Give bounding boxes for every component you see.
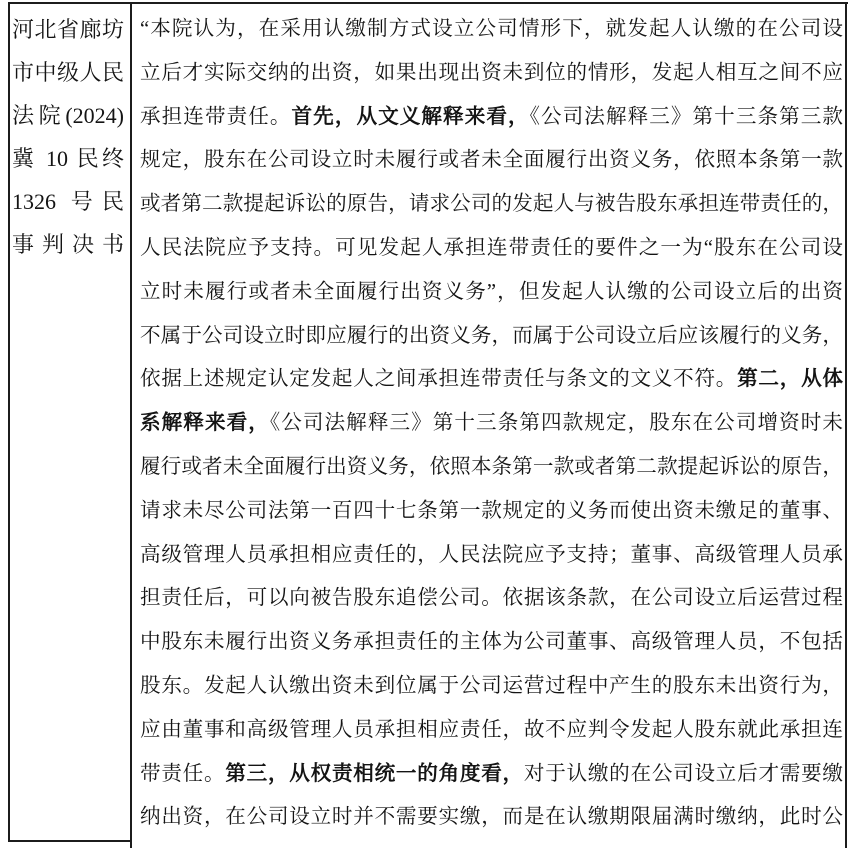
text-segment: 立后才实际交纳的出资，如果出现出资未到位的情形，发起人相互之间不应 xyxy=(140,62,843,84)
text-segment: 高级管理人员承担相应责任的，人民法院应予支持；董事、高级管理人员承 xyxy=(140,544,843,566)
judgment-text-line: 规定，股东在公司设立时未履行或者未全面履行出资义务，依照本条第一款 xyxy=(140,139,843,183)
text-segment: 承担连带责任。 xyxy=(140,106,292,128)
text-segment: 股东。发起人认缴出资未到位属于公司运营过程中产生的股东未出资行为， xyxy=(140,675,843,697)
text-segment: 应由董事和高级管理人员承担相应责任，故不应判令发起人股东就此承担连 xyxy=(140,719,843,741)
case-reference-line: 1326 号民 xyxy=(12,180,124,223)
case-reference-line: 市中级人民 xyxy=(12,51,124,94)
judgment-text-line: 或者第二款提起诉讼的原告，请求公司的发起人与被告股东承担连带责任的， xyxy=(140,183,843,227)
judgment-text-line: 依据上述规定认定发起人之间承担连带责任与条文的文义不符。第二，从体 xyxy=(140,358,843,402)
text-segment: “本院认为，在采用认缴制方式设立公司情形下，就发起人认缴的在公司设 xyxy=(140,18,843,40)
text-segment: 规定，股东在公司设立时未履行或者未全面履行出资义务，依照本条第一款 xyxy=(140,149,843,171)
case-reference-line: 河北省廊坊 xyxy=(12,8,124,51)
text-segment: 立时未履行或者未全面履行出资义务”，但发起人认缴的公司设立后的出资 xyxy=(140,281,843,303)
bold-text-segment: 第三，从权责相统一的角度看， xyxy=(225,763,524,785)
judgment-text-line: 承担连带责任。首先，从文义解释来看，《公司法解释三》第十三条第三款 xyxy=(140,96,843,140)
table-border-left xyxy=(8,2,10,842)
text-segment: 《公司法解释三》第十三条第四款规定，股东在公司增资时未 xyxy=(270,412,843,434)
case-reference-line: 冀 10 民终 xyxy=(12,137,124,180)
left-cell-bottom-border xyxy=(8,840,132,842)
judgment-text-line: 不属于公司设立时即应履行的出资义务，而属于公司设立后应该履行的义务， xyxy=(140,315,843,359)
judgment-text-line: 纳出资，在公司设立时并不需要实缴，而是在认缴期限届满时缴纳，此时公 xyxy=(140,796,843,840)
judgment-text-line: 人民法院应予支持。可见发起人承担连带责任的要件之一为“股东在公司设 xyxy=(140,227,843,271)
table-column-divider xyxy=(130,2,132,848)
text-segment: 中股东未履行出资义务承担责任的主体为公司董事、高级管理人员，不包括 xyxy=(140,631,843,653)
court-case-reference-cell: 河北省廊坊市中级人民法院(2024)冀 10 民终1326 号民事判决书 xyxy=(12,8,124,266)
judgment-text-line: 履行或者未全面履行出资义务，依照本条第一款或者第二款提起诉讼的原告， xyxy=(140,446,843,490)
text-segment: 依据上述规定认定发起人之间承担连带责任与条文的文义不符。 xyxy=(140,368,737,390)
case-reference-line: 法院(2024) xyxy=(12,94,124,137)
text-segment: 履行或者未全面履行出资义务，依照本条第一款或者第二款提起诉讼的原告， xyxy=(140,456,843,478)
bold-text-segment: 系解释来看， xyxy=(140,412,270,434)
text-segment: 人民法院应予支持。可见发起人承担连带责任的要件之一为“股东在公司设 xyxy=(140,237,843,259)
table-border-right xyxy=(845,2,847,848)
bold-text-segment: 首先，从文义解释来看， xyxy=(292,106,530,128)
text-segment: 不属于公司设立时即应履行的出资义务，而属于公司设立后应该履行的义务， xyxy=(140,325,843,347)
judgment-text-line: 立时未履行或者未全面履行出资义务”，但发起人认缴的公司设立后的出资 xyxy=(140,271,843,315)
text-segment: 对于认缴的在公司设立后才需要缴 xyxy=(524,763,843,785)
judgment-text-line: 带责任。第三，从权责相统一的角度看，对于认缴的在公司设立后才需要缴 xyxy=(140,753,843,797)
judgment-reasoning-cell: “本院认为，在采用认缴制方式设立公司情形下，就发起人认缴的在公司设立后才实际交纳… xyxy=(140,8,843,840)
text-segment: 请求未尽公司法第一百四十七条第一款规定的义务而使出资未缴足的董事、 xyxy=(140,500,843,522)
case-reference-line: 事判决书 xyxy=(12,223,124,266)
bold-text-segment: 第二，从体 xyxy=(737,368,843,390)
judgment-text-line: “本院认为，在采用认缴制方式设立公司情形下，就发起人认缴的在公司设 xyxy=(140,8,843,52)
text-segment: 或者第二款提起诉讼的原告，请求公司的发起人与被告股东承担连带责任的， xyxy=(140,193,843,215)
judgment-text-line: 请求未尽公司法第一百四十七条第一款规定的义务而使出资未缴足的董事、 xyxy=(140,490,843,534)
judgment-text-line: 应由董事和高级管理人员承担相应责任，故不应判令发起人股东就此承担连 xyxy=(140,709,843,753)
judgment-text-line: 系解释来看，《公司法解释三》第十三条第四款规定，股东在公司增资时未 xyxy=(140,402,843,446)
judgment-text-line: 中股东未履行出资义务承担责任的主体为公司董事、高级管理人员，不包括 xyxy=(140,621,843,665)
text-segment: 担责任后，可以向被告股东追偿公司。依据该条款，在公司设立后运营过程 xyxy=(140,587,843,609)
judgment-text-line: 担责任后，可以向被告股东追偿公司。依据该条款，在公司设立后运营过程 xyxy=(140,577,843,621)
text-segment: 带责任。 xyxy=(140,763,225,785)
judgment-document-page: 河北省廊坊市中级人民法院(2024)冀 10 民终1326 号民事判决书 “本院… xyxy=(0,0,856,848)
judgment-text-line: 股东。发起人认缴出资未到位属于公司运营过程中产生的股东未出资行为， xyxy=(140,665,843,709)
judgment-text-line: 立后才实际交纳的出资，如果出现出资未到位的情形，发起人相互之间不应 xyxy=(140,52,843,96)
text-segment: 纳出资，在公司设立时并不需要实缴，而是在认缴期限届满时缴纳，此时公 xyxy=(140,806,843,828)
table-border-top xyxy=(8,2,848,4)
judgment-text-line: 高级管理人员承担相应责任的，人民法院应予支持；董事、高级管理人员承 xyxy=(140,534,843,578)
text-segment: 《公司法解释三》第十三条第三款 xyxy=(530,106,843,128)
